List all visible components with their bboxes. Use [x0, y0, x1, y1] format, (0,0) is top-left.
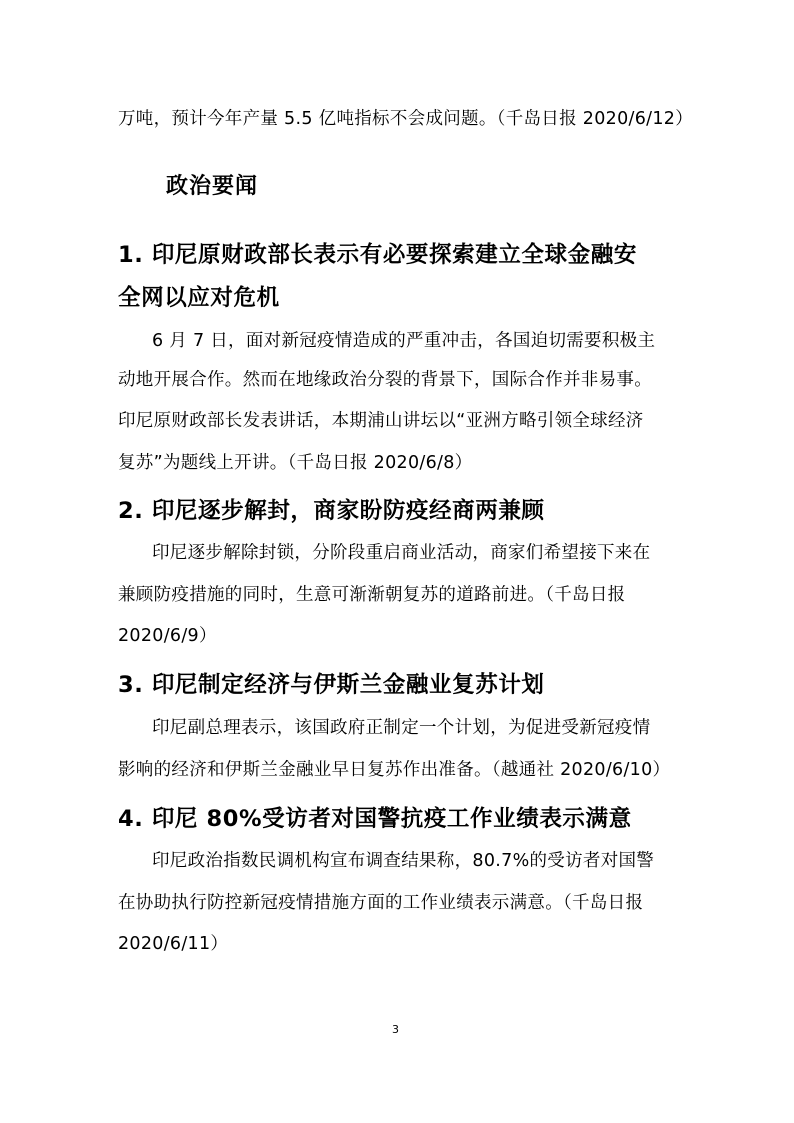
article-body-line: 影响的经济和伊斯兰金融业早日复苏作出准备。（越通社 2020/6/10）	[118, 759, 670, 781]
article-heading: 2. 印尼逐步解封，商家盼防疫经商两兼顾	[118, 496, 545, 526]
article-body-line: 2020/6/11）	[118, 933, 228, 955]
article-heading: 1. 印尼原财政部长表示有必要探索建立全球金融安	[118, 240, 637, 270]
article-body-line: 在协助执行防控新冠疫情措施方面的工作业绩表示满意。（千岛日报	[118, 892, 643, 914]
article-body-line: 2020/6/9）	[118, 625, 217, 647]
page-number: 3	[392, 1023, 399, 1037]
article-heading: 3. 印尼制定经济与伊斯兰金融业复苏计划	[118, 670, 545, 700]
article-body-line: 6 月 7 日，面对新冠疫情造成的严重冲击，各国迫切需要积极主	[152, 330, 655, 352]
document-page: 万吨，预计今年产量 5.5 亿吨指标不会成问题。（千岛日报 2020/6/12）…	[0, 0, 794, 1123]
continuation-paragraph-line: 万吨，预计今年产量 5.5 亿吨指标不会成问题。（千岛日报 2020/6/12）	[118, 108, 693, 130]
article-body-line: 兼顾防疫措施的同时，生意可渐渐朝复苏的道路前进。（千岛日报	[118, 584, 625, 606]
article-body-line: 印尼副总理表示，该国政府正制定一个计划，为促进受新冠疫情	[152, 717, 650, 739]
article-body-line: 动地开展合作。然而在地缘政治分裂的背景下，国际合作并非易事。	[118, 369, 652, 391]
section-title: 政治要闻	[166, 172, 258, 202]
article-body-line: 印尼原财政部长发表讲话，本期浦山讲坛以“亚洲方略引领全球经济	[118, 410, 644, 432]
article-heading: 全网以应对危机	[118, 283, 280, 313]
article-heading: 4. 印尼 80%受访者对国警抗疫工作业绩表示满意	[118, 804, 632, 834]
article-body-line: 复苏”为题线上开讲。（千岛日报 2020/6/8）	[118, 452, 472, 474]
article-body-line: 印尼政治指数民调机构宣布调查结果称，80.7%的受访者对国警	[152, 850, 654, 872]
article-body-line: 印尼逐步解除封锁，分阶段重启商业活动，商家们希望接下来在	[152, 542, 650, 564]
